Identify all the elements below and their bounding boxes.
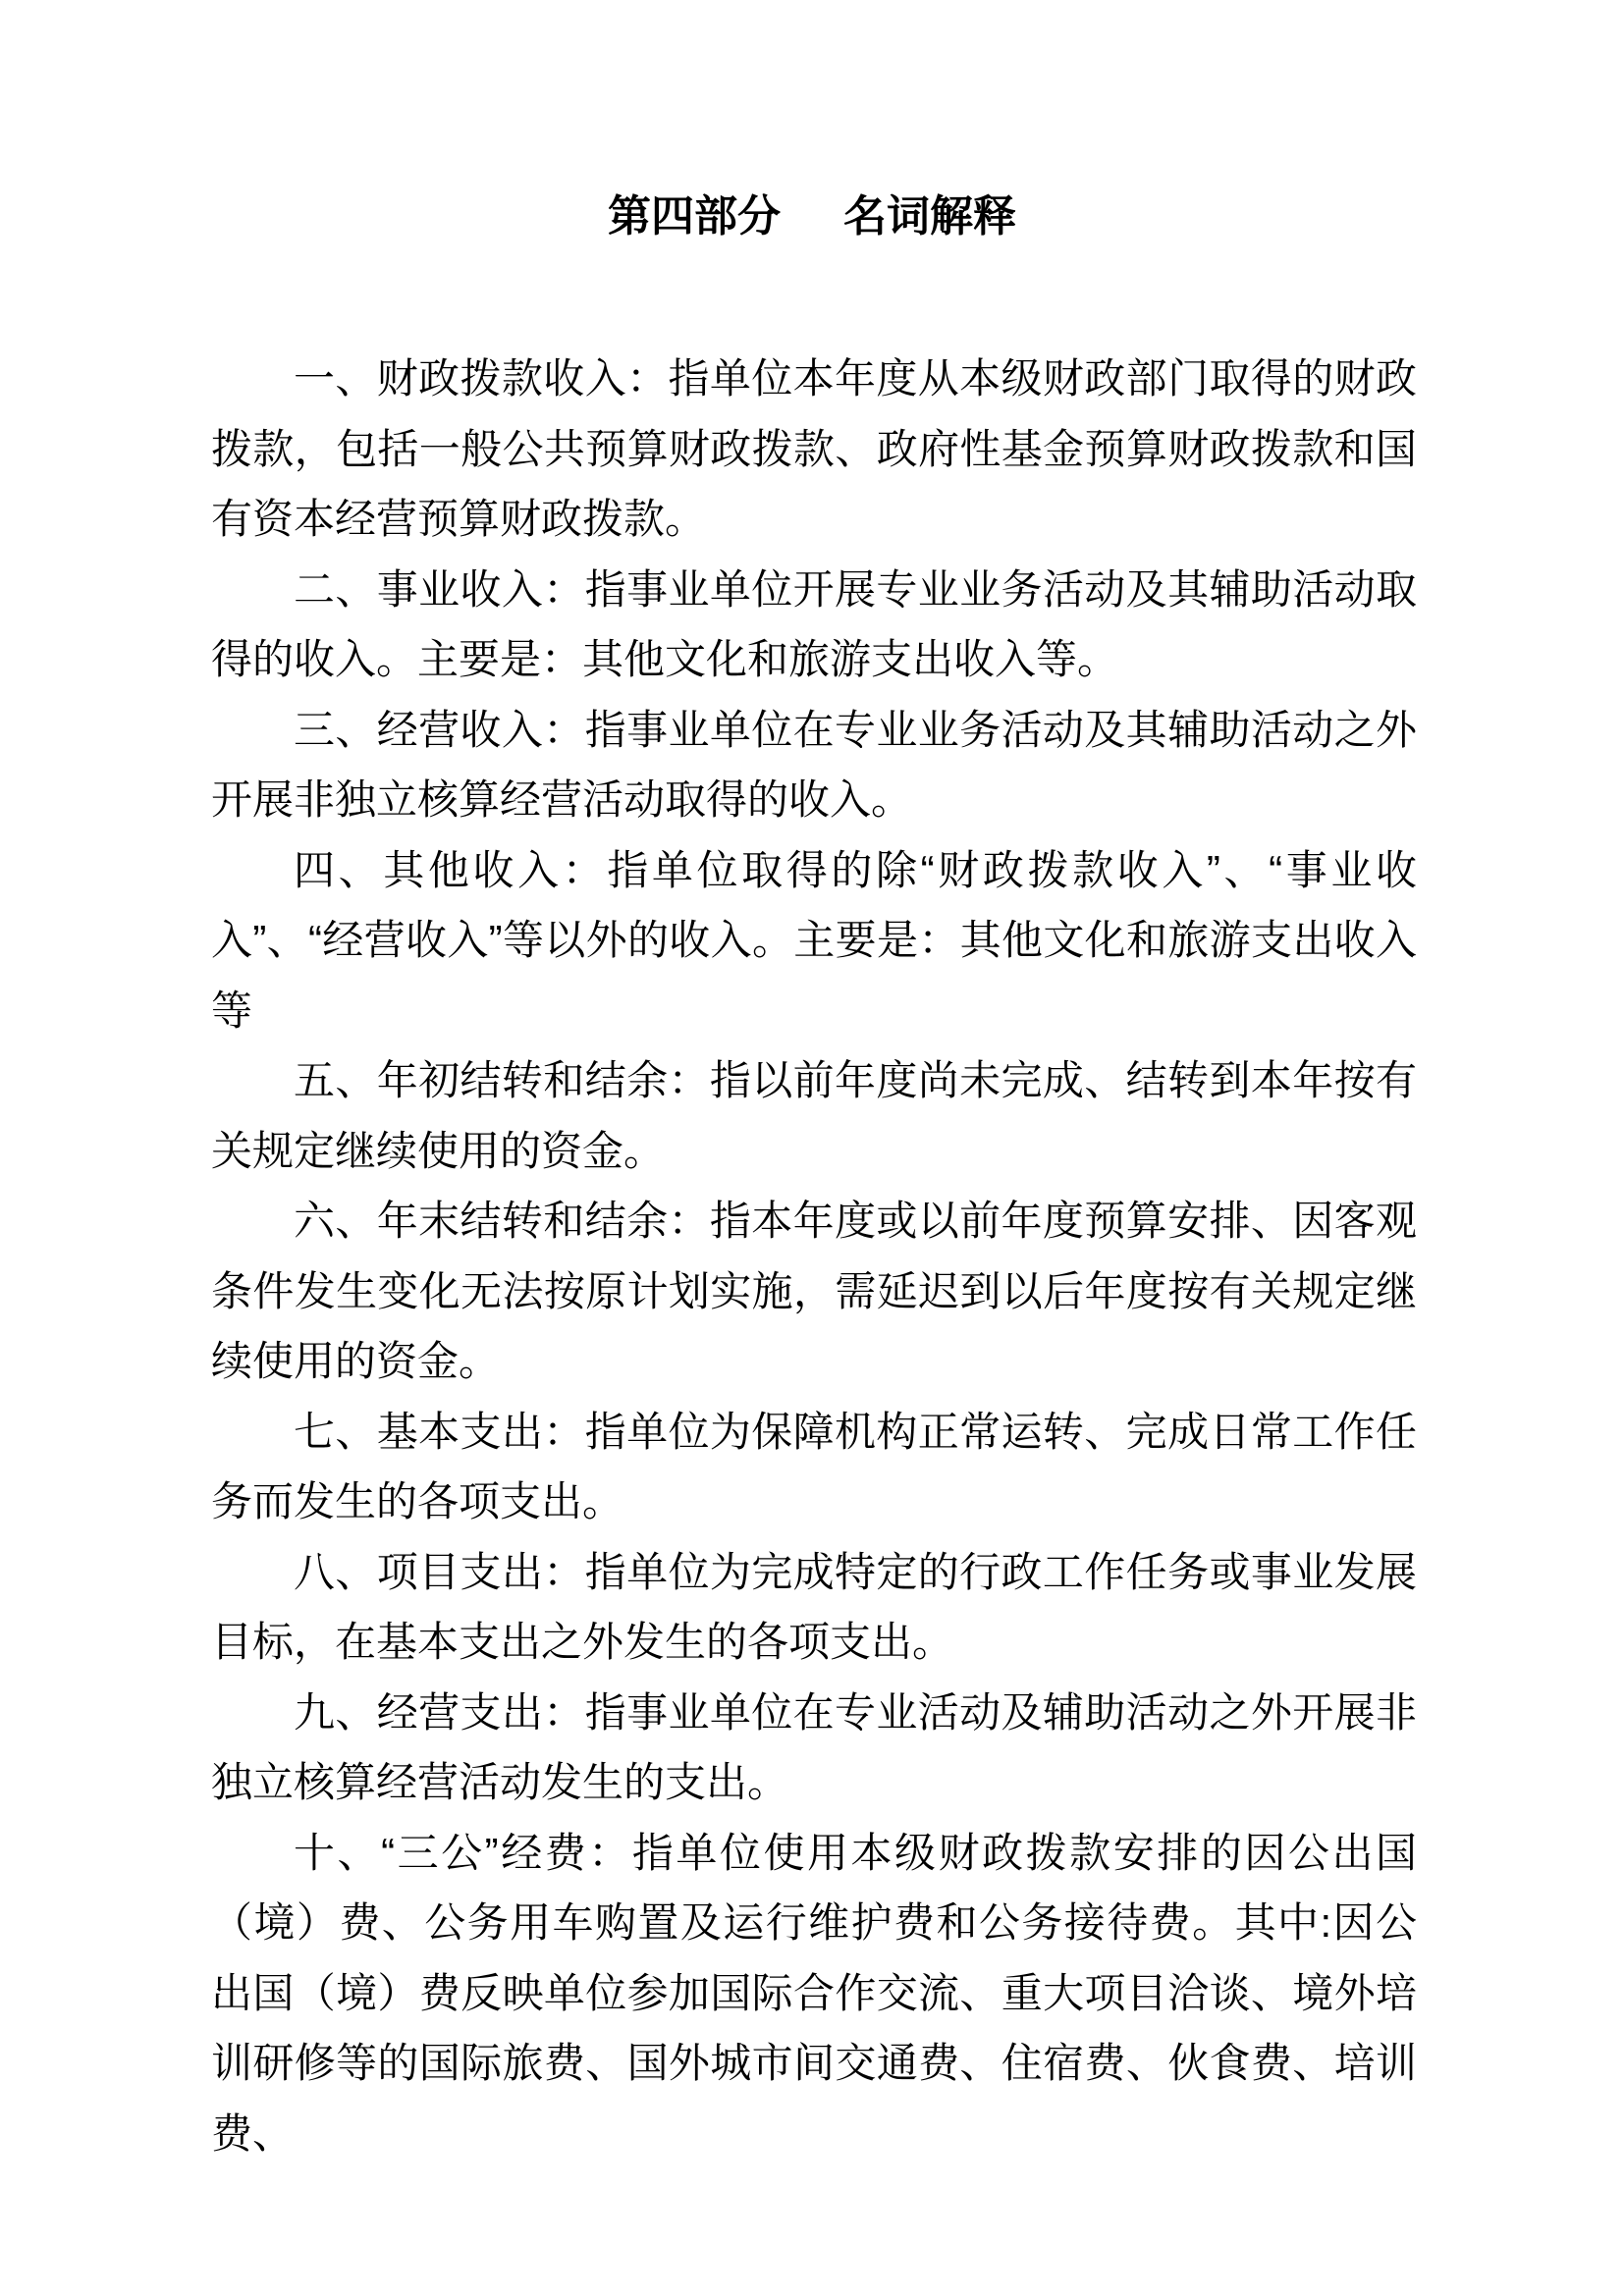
document-body: 一、财政拨款收入：指单位本年度从本级财政部门取得的财政拨款，包括一般公共预算财政… [211, 344, 1417, 2168]
term-definition-2: 二、事业收入：指事业单位开展专业业务活动及其辅助活动取得的收入。主要是：其他文化… [211, 555, 1417, 695]
term-definition-9: 九、经营支出：指事业单位在专业活动及辅助活动之外开展非独立核算经营活动发生的支出… [211, 1678, 1417, 1818]
term-definition-4: 四、其他收入：指单位取得的除“财政拨款收入”、“事业收入”、“经营收入”等以外的… [211, 835, 1417, 1046]
term-definition-1: 一、财政拨款收入：指单位本年度从本级财政部门取得的财政拨款，包括一般公共预算财政… [211, 344, 1417, 555]
term-definition-8: 八、项目支出：指单位为完成特定的行政工作任务或事业发展目标，在基本支出之外发生的… [211, 1537, 1417, 1678]
title-section-label: 第四部分 [608, 192, 781, 240]
term-definition-6: 六、年末结转和结余：指本年度或以前年度预算安排、因客观条件发生变化无法按原计划实… [211, 1186, 1417, 1397]
term-definition-5: 五、年初结转和结余：指以前年度尚未完成、结转到本年按有关规定继续使用的资金。 [211, 1045, 1417, 1186]
document-page: 第四部分名词解释 一、财政拨款收入：指单位本年度从本级财政部门取得的财政拨款，包… [0, 0, 1624, 2296]
page-title: 第四部分名词解释 [0, 191, 1624, 243]
term-definition-7: 七、基本支出：指单位为保障机构正常运转、完成日常工作任务而发生的各项支出。 [211, 1397, 1417, 1537]
title-section-name: 名词解释 [843, 192, 1016, 240]
term-definition-10: 十、“三公”经费：指单位使用本级财政拨款安排的因公出国（境）费、公务用车购置及运… [211, 1818, 1417, 2169]
term-definition-3: 三、经营收入：指事业单位在专业业务活动及其辅助活动之外开展非独立核算经营活动取得… [211, 695, 1417, 835]
